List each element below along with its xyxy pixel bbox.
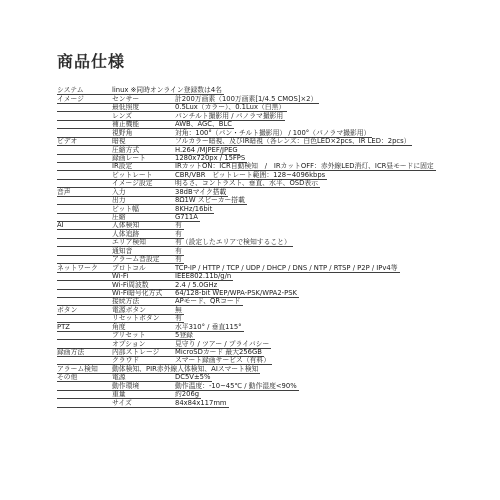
row-value: 動体検知、PIR赤外線人体検知、AIスマート検知 xyxy=(112,365,260,373)
row-value: 明るさ、コントラスト、垂直、水平、OSD表示 xyxy=(175,179,320,187)
row-value: 38dBマイク搭載 xyxy=(175,188,228,196)
row-value: CBR/VBR ビットレート範囲：128~4096kbps xyxy=(175,171,327,179)
row-item: サイズ xyxy=(112,399,175,407)
row-item: 人体検知 xyxy=(112,221,175,229)
row-value: 8Ω1W スピーカー搭載 xyxy=(175,196,247,204)
row-value: スマート録画サービス（有料） xyxy=(175,356,272,364)
row-category: 音声 xyxy=(57,188,112,196)
row-value: G711A xyxy=(175,213,200,221)
row-value: 有 xyxy=(175,247,184,255)
row-value: 対角：100°（パン・チルト撮影用） / 100°（パノラマ撮影用） xyxy=(175,129,372,137)
row-item: オプション xyxy=(112,340,175,348)
row-value: AWB、AGC、BLC xyxy=(175,120,234,128)
row-item: 入力 xyxy=(112,188,175,196)
row-item: Wi-Fi周波数 xyxy=(112,281,175,289)
row-item: 暗視 xyxy=(112,137,175,145)
row-item: ビットレート xyxy=(112,171,175,179)
row-value: IRカットON：ICR自動検知 / IRカットOFF：赤外線LED消灯、ICR昼… xyxy=(175,162,436,170)
row-value: IEEE802.11b/g/n xyxy=(175,272,233,280)
row-item: エリア検知 xyxy=(112,238,175,246)
row-item: IR設定 xyxy=(112,162,175,170)
row-item: 圧縮 xyxy=(112,213,175,221)
row-value: 0.5Lux（カラー）、0.1Lux（白黒） xyxy=(175,103,287,111)
row-value: 1280x720px / 15FPS xyxy=(175,154,247,162)
row-value: MicroSDカード 最大256GB xyxy=(175,348,264,356)
page-title: 商品仕様 xyxy=(57,52,436,72)
row-value: TCP-IP / HTTP / TCP / UDP / DHCP / DNS /… xyxy=(175,264,400,272)
row-value: 5登録 xyxy=(175,331,195,339)
row-value: 計200万画素（100万画素[1/4.5 CMOS]×2） xyxy=(175,95,319,103)
row-item: 出力 xyxy=(112,196,175,204)
row-value: 水平310° / 垂直115° xyxy=(175,323,244,331)
row-value: 有 xyxy=(175,230,184,238)
row-item: Wi-Fi xyxy=(112,272,175,280)
row-item: アラーム音設定 xyxy=(112,255,175,263)
row-item: 電源ボタン xyxy=(112,306,175,314)
row-category: ネットワーク xyxy=(57,264,112,272)
row-item: 接続方法 xyxy=(112,297,175,305)
spec-table: システムlinux ※同時オンライン登録数は4名イメージセンサー計200万画素（… xyxy=(57,87,436,408)
row-category: システム xyxy=(57,86,112,94)
row-value: H.264 /MJPEF/JPEG xyxy=(175,146,240,154)
row-value: 有 xyxy=(175,221,184,229)
row-value: 有（設定したエリアで検知すること） xyxy=(175,238,293,246)
row-category: ボタン xyxy=(57,306,112,314)
row-item: 視野角 xyxy=(112,129,175,137)
row-item: 重量 xyxy=(112,390,175,398)
row-item: 人体追跡 xyxy=(112,230,175,238)
row-value: 有 xyxy=(175,255,184,263)
row-item: ビット幅 xyxy=(112,205,175,213)
row-item: プリセット xyxy=(112,331,175,339)
row-item: 角度 xyxy=(112,323,175,331)
row-value: APモード、QRコード xyxy=(175,297,243,305)
row-item: 圧縮方式 xyxy=(112,146,175,154)
row-value: linux ※同時オンライン登録数は4名 xyxy=(112,86,224,94)
row-category: その他 xyxy=(57,373,112,381)
row-value: 動作温度：-10~45℃ / 動作湿度<90% xyxy=(175,382,299,390)
row-item: イメージ設定 xyxy=(112,179,175,187)
row-value: 2.4 / 5.0GHz xyxy=(175,281,219,289)
row-category: アラーム検知 xyxy=(57,365,112,373)
row-value: フルカラー暗視、及びIR暗視（各レンズ：白色LED×2pcs、IR LED：2p… xyxy=(175,137,412,145)
row-category: ビデオ xyxy=(57,137,112,145)
row-value: パンチルト撮影用 / パノラマ撮影用 xyxy=(175,112,285,120)
row-value: 84x84x117mm xyxy=(175,399,229,407)
row-item: リセットボタン xyxy=(112,314,175,322)
row-item: Wi-Fi暗号化方式 xyxy=(112,289,175,297)
row-item: センサー xyxy=(112,95,175,103)
row-value: 64/128-bit WEP/WPA-PSK/WPA2-PSK xyxy=(175,289,299,297)
row-item: クラウド xyxy=(112,356,175,364)
row-item: プロトコル xyxy=(112,264,175,272)
table-row: サイズ84x84x117mm xyxy=(57,399,229,407)
row-item: 電源 xyxy=(112,373,175,381)
row-item: 最低照度 xyxy=(112,103,175,111)
row-item: 録画レート xyxy=(112,154,175,162)
row-item: 内部ストレージ xyxy=(112,348,175,356)
row-category: イメージ xyxy=(57,95,112,103)
row-category: PTZ xyxy=(57,323,112,331)
row-category: AI xyxy=(57,221,112,229)
spec-sheet: 商品仕様 システムlinux ※同時オンライン登録数は4名イメージセンサー計20… xyxy=(57,52,436,408)
row-value: 見守り / ツアー / プライバシー xyxy=(175,340,271,348)
row-value: DC5V±5% xyxy=(175,373,212,381)
row-value: 約206g xyxy=(175,390,201,398)
row-item: 動作環境 xyxy=(112,382,175,390)
row-value: 8KHz/16bit xyxy=(175,205,214,213)
row-item: 通知音 xyxy=(112,247,175,255)
row-value: 無 xyxy=(175,306,184,314)
row-category: 録画方法 xyxy=(57,348,112,356)
row-value: 有 xyxy=(175,314,184,322)
row-item: レンズ xyxy=(112,112,175,120)
row-item: 補正機能 xyxy=(112,120,175,128)
